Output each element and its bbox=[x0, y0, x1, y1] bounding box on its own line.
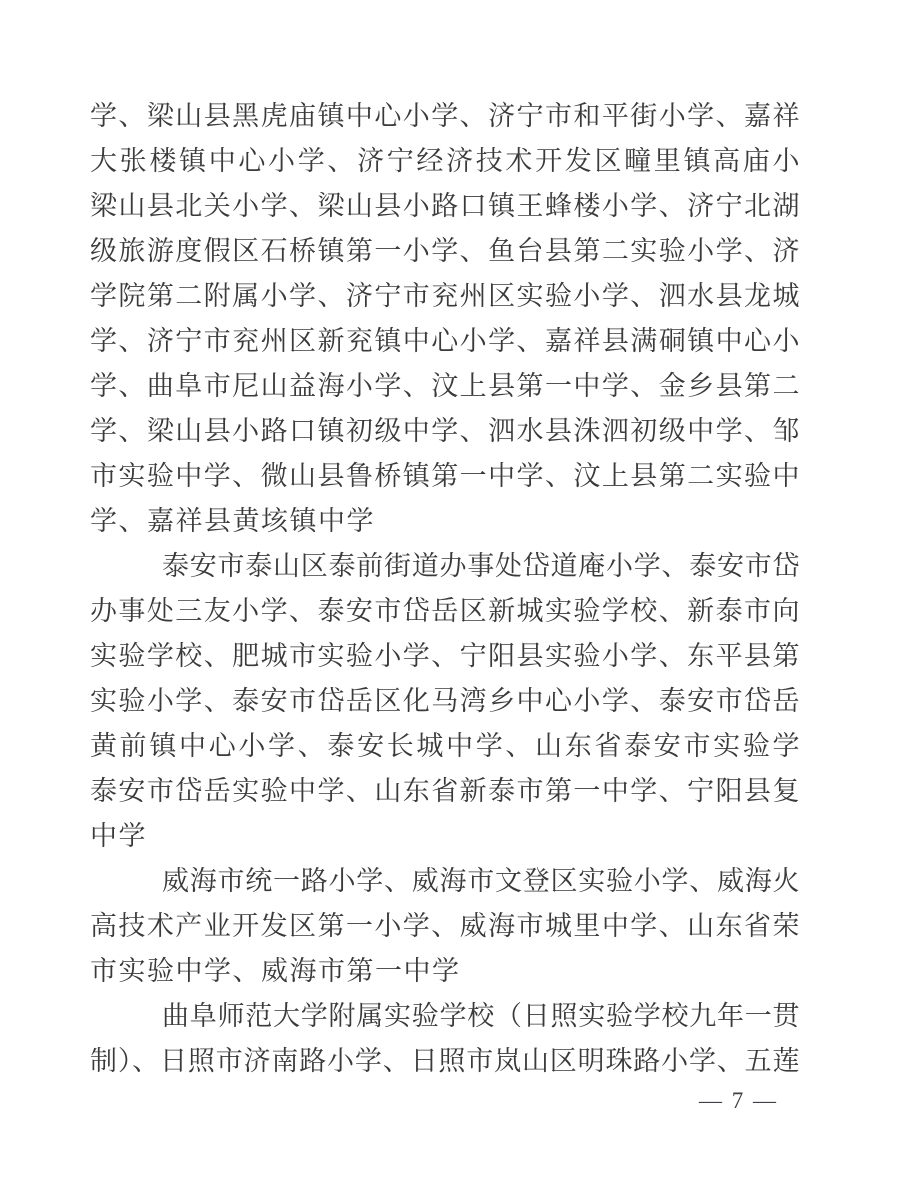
document-line: 级旅游度假区石桥镇第一小学、鱼台县第二实验小学、济宁 bbox=[90, 229, 800, 274]
document-line: 学院第二附属小学、济宁市兖州区实验小学、泗水县龙城小 bbox=[90, 274, 800, 319]
document-line: 学、梁山县黑虎庙镇中心小学、济宁市和平街小学、嘉祥县 bbox=[90, 94, 800, 139]
document-line: 威海市统一路小学、威海市文登区实验小学、威海火炬 bbox=[90, 859, 800, 904]
document-line: 大张楼镇中心小学、济宁经济技术开发区疃里镇高庙小学、 bbox=[90, 139, 800, 184]
document-line: 梁山县北关小学、梁山县小路口镇王蜂楼小学、济宁北湖省 bbox=[90, 184, 800, 229]
document-page: 学、梁山县黑虎庙镇中心小学、济宁市和平街小学、嘉祥县大张楼镇中心小学、济宁经济技… bbox=[0, 0, 900, 1181]
document-line: 中学 bbox=[90, 814, 800, 859]
document-line: 制）、日照市济南路小学、日照市岚山区明珠路小学、五莲 bbox=[90, 1039, 800, 1084]
page-number: — 7 — bbox=[699, 1086, 778, 1116]
document-line: 学、济宁市兖州区新兖镇中心小学、嘉祥县满硐镇中心小 bbox=[90, 319, 800, 364]
document-line: 学、曲阜市尼山益海小学、汶上县第一中学、金乡县第二中 bbox=[90, 364, 800, 409]
document-line: 实验学校、肥城市实验小学、宁阳县实验小学、东平县第二 bbox=[90, 634, 800, 679]
document-line: 泰安市泰山区泰前街道办事处岱道庵小学、泰安市岱庙 bbox=[90, 544, 800, 589]
document-line: 学、嘉祥县黄垓镇中学 bbox=[90, 499, 800, 544]
document-line: 黄前镇中心小学、泰安长城中学、山东省泰安市实验学校、 bbox=[90, 724, 800, 769]
document-line: 泰安市岱岳实验中学、山东省新泰市第一中学、宁阳县复圣 bbox=[90, 769, 800, 814]
document-line: 曲阜师范大学附属实验学校（日照实验学校九年一贯 bbox=[90, 994, 800, 1039]
document-line: 办事处三友小学、泰安市岱岳区新城实验学校、新泰市向阳 bbox=[90, 589, 800, 634]
document-line: 市实验中学、微山县鲁桥镇第一中学、汶上县第二实验中 bbox=[90, 454, 800, 499]
document-line: 市实验中学、威海市第一中学 bbox=[90, 949, 800, 994]
document-line: 实验小学、泰安市岱岳区化马湾乡中心小学、泰安市岱岳区 bbox=[90, 679, 800, 724]
document-body: 学、梁山县黑虎庙镇中心小学、济宁市和平街小学、嘉祥县大张楼镇中心小学、济宁经济技… bbox=[90, 94, 800, 1084]
document-line: 高技术产业开发区第一小学、威海市城里中学、山东省荣成 bbox=[90, 904, 800, 949]
document-line: 学、梁山县小路口镇初级中学、泗水县洙泗初级中学、邹城 bbox=[90, 409, 800, 454]
